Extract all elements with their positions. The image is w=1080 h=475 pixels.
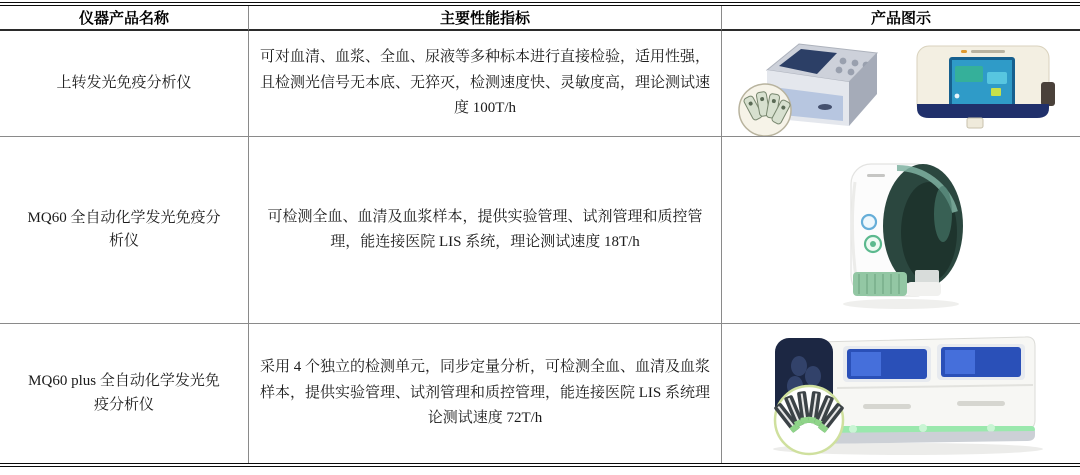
product-specs-text: 可对血清、血浆、全血、尿液等多种标本进行直接检验，适用性强，且检测光信号无本底、… [259,45,711,122]
page: 仪器产品名称 主要性能指标 产品图示 上转发光免疫分析仪 可对血清、血浆、全血、… [0,0,1080,475]
table-row-2-image [722,137,1080,324]
header-product-image-label: 产品图示 [871,7,931,28]
product-name-text: 上转发光免疫分析仪 [56,72,191,95]
table-row-1-specs: 可对血清、血浆、全血、尿液等多种标本进行直接检验，适用性强，且检测光信号无本底、… [249,31,722,137]
table-row-1-image [722,31,1080,137]
table-row-2-specs: 可检测全血、血清及血浆样本，提供实验管理、试剂管理和质控管理，能连接医院 LIS… [249,137,722,324]
grey-reader-device-icon [735,32,903,136]
header-performance-specs: 主要性能指标 [249,6,722,31]
header-product-image: 产品图示 [722,6,1080,31]
header-product-name-label: 仪器产品名称 [79,7,169,28]
cream-touchscreen-device-icon [905,32,1067,136]
instrument-products-table: 仪器产品名称 主要性能指标 产品图示 上转发光免疫分析仪 可对血清、血浆、全血、… [0,2,1080,467]
product-name-text: MQ60 plus 全自动化学发光免疫分析仪 [24,370,224,417]
table-row-2-name: MQ60 全自动化学发光免疫分析仪 [0,137,249,324]
table-row-3-name: MQ60 plus 全自动化学发光免疫分析仪 [0,324,249,463]
device-base [917,104,1049,118]
product-specs-text: 可检测全血、血清及血浆样本，提供实验管理、试剂管理和质控管理，能连接医院 LIS… [259,205,711,256]
header-product-name: 仪器产品名称 [0,6,249,31]
product-specs-text: 采用 4 个独立的检测单元，同步定量分析，可检测全血、血清及血浆样本，提供实验管… [259,355,711,432]
table-row-3-image [722,324,1080,463]
power-button [862,215,876,229]
table-row-3-specs: 采用 4 个独立的检测单元，同步定量分析，可检测全血、血清及血浆样本，提供实验管… [249,324,722,463]
strip-slot [967,118,983,128]
mq60-plus-analyzer-icon [733,328,1069,460]
header-performance-specs-label: 主要性能指标 [440,7,530,28]
upconversion-analyzers-photo [735,32,1067,136]
mq60-analyzer-icon [811,142,991,318]
table-row-1-name: 上转发光免疫分析仪 [0,31,249,137]
product-name-text: MQ60 全自动化学发光免疫分析仪 [24,207,224,254]
